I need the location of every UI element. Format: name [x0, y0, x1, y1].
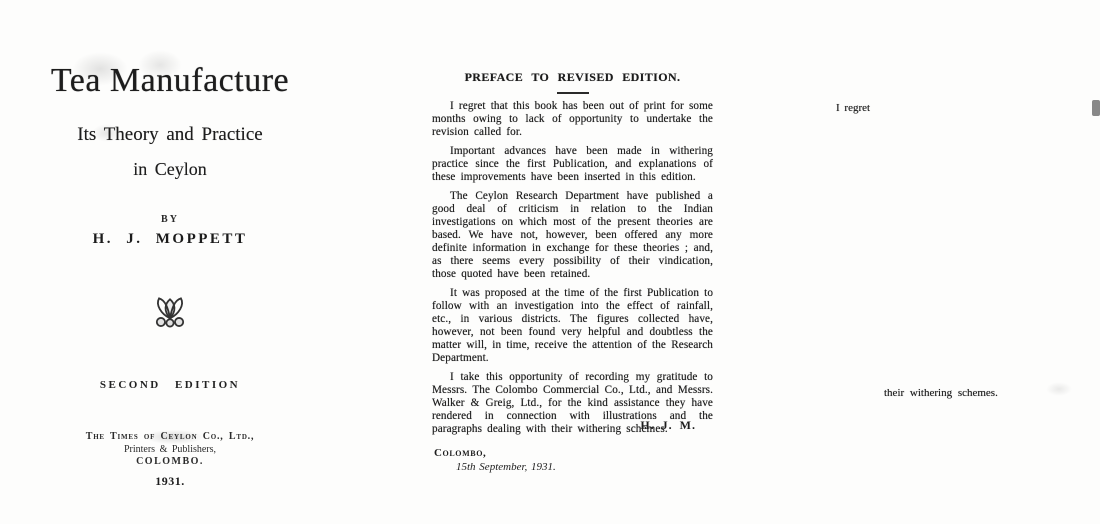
publisher-role: Printers & Publishers,	[38, 444, 302, 455]
heading-rule	[557, 92, 589, 94]
title-page: Tea Manufacture Its Theory and Practice …	[38, 0, 302, 524]
scan-smudge	[1046, 382, 1072, 396]
author-name: H. J. MOPPETT	[38, 231, 302, 248]
book-subtitle-line2: in Ceylon	[38, 159, 302, 180]
preface-paragraph: It was proposed at the time of the first…	[432, 287, 713, 365]
book-scan-spread: Tea Manufacture Its Theory and Practice …	[0, 0, 1100, 524]
preface-paragraph: The Ceylon Research Department have publ…	[432, 190, 713, 281]
scan-speck	[1092, 100, 1100, 116]
publisher-city: COLOMBO.	[38, 456, 302, 467]
preface-heading: PREFACE TO REVISED EDITION.	[432, 70, 713, 85]
author-initials-signature: H. J. M.	[640, 418, 696, 433]
preface-body: I regret that this book has been out of …	[432, 100, 713, 442]
book-title: Tea Manufacture	[38, 62, 302, 100]
signature-date: 15th September, 1931.	[456, 461, 556, 473]
publication-year: 1931.	[38, 474, 302, 489]
fleuron-ornament-icon	[38, 294, 302, 335]
edge-text-fragment-bottom: their withering schemes.	[884, 387, 998, 399]
edge-text-fragment-top: I regret	[836, 102, 870, 114]
preface-paragraph: I regret that this book has been out of …	[432, 100, 713, 139]
signature-place: Colombo,	[434, 447, 486, 459]
book-subtitle-line1: Its Theory and Practice	[38, 124, 302, 146]
edition-label: SECOND EDITION	[38, 379, 302, 391]
preface-paragraph: Important advances have been made in wit…	[432, 145, 713, 184]
preface-page: PREFACE TO REVISED EDITION. I regret tha…	[432, 0, 713, 524]
publisher-name: The Times of Ceylon Co., Ltd.,	[38, 431, 302, 442]
by-label: BY	[38, 214, 302, 225]
